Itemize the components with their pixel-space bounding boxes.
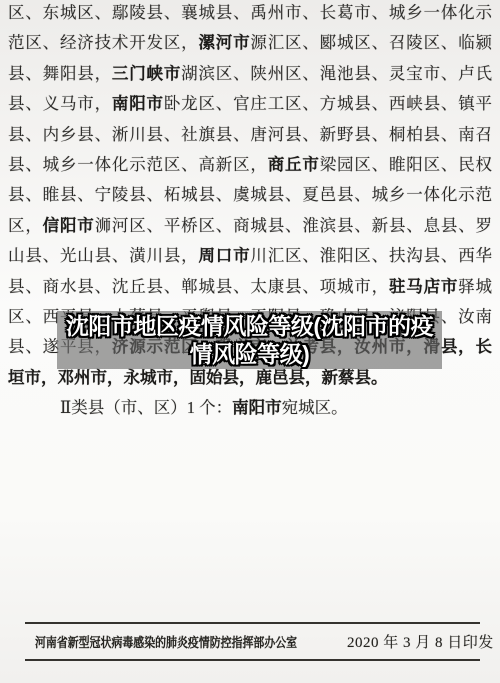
watermark-title-line2: 情风险等级) <box>57 340 442 368</box>
text-line: 县、城乡一体化示范区、高新区，商丘市梁园区、睢阳区、民权 <box>8 150 492 180</box>
text-line-class2: Ⅱ类县（市、区）1 个：南阳市宛城区。 <box>8 393 492 423</box>
line-segment: Ⅱ类县（市、区）1 个： <box>60 398 232 417</box>
line-segment-bold: 垣市，邓州市，永城市，固始县，鹿邑县，新蔡县。 <box>8 368 388 387</box>
line-segment: 宛城区。 <box>282 398 348 417</box>
line-segment-bold: 驻马店市 <box>389 277 458 296</box>
document-footer: 河南省新型冠状病毒感染的肺炎疫情防控指挥部办公室 2020 年 3 月 8 日印… <box>25 622 480 661</box>
text-line: 范区、经济技术开发区，漯河市源汇区、郾城区、召陵区、临颍 <box>8 28 492 58</box>
line-segment: 范区、经济技术开发区， <box>8 33 198 52</box>
line-segment-bold: 漯河市 <box>198 33 250 52</box>
text-line: 县、内乡县、淅川县、社旗县、唐河县、新野县、桐柏县、南召 <box>8 120 492 150</box>
line-segment-bold: 南阳市 <box>232 398 282 417</box>
text-line: 县、商水县、沈丘县、郸城县、太康县、项城市，驻马店市驿城 <box>8 272 492 302</box>
watermark-banner: 沈阳市地区疫情风险等级(沈阳市的疫 情风险等级) <box>57 311 442 369</box>
text-line: 县、义马市，南阳市卧龙区、官庄工区、方城县、西峡县、镇平 <box>8 89 492 119</box>
line-segment: 卧龙区、官庄工区、方城县、西峡县、镇平 <box>164 94 492 113</box>
text-line: 县、舞阳县，三门峡市湖滨区、陕州区、渑池县、灵宝市、卢氏 <box>8 59 492 89</box>
line-segment: 县、睢县、宁陵县、柘城县、虞城县、夏邑县、城乡一体化示范 <box>8 185 492 204</box>
line-segment: 山县、光山县、潢川县， <box>8 246 198 265</box>
line-segment-bold: 商丘市 <box>268 155 320 174</box>
watermark-title-line1: 沈阳市地区疫情风险等级(沈阳市的疫 <box>57 312 442 340</box>
line-segment: 川汇区、淮阳区、扶沟县、西华 <box>250 246 492 265</box>
line-segment: 县、义马市， <box>8 94 112 113</box>
line-segment: 县、城乡一体化示范区、高新区， <box>8 155 268 174</box>
line-segment: 梁园区、睢阳区、民权 <box>320 155 492 174</box>
text-line: 县、睢县、宁陵县、柘城县、虞城县、夏邑县、城乡一体化示范 <box>8 180 492 210</box>
line-segment: 县、内乡县、淅川县、社旗县、唐河县、新野县、桐柏县、南召 <box>8 125 492 144</box>
line-segment: 县、商水县、沈丘县、郸城县、太康县、项城市， <box>8 277 389 296</box>
text-line: 区、东城区、鄢陵县、襄城县、禹州市、长葛市、城乡一体化示 <box>8 0 492 28</box>
footer-date: 2020 年 3 月 8 日印发 <box>347 631 494 652</box>
line-segment: 湖滨区、陕州区、渑池县、灵宝市、卢氏 <box>181 64 492 83</box>
line-segment-bold: 三门峡市 <box>112 64 181 83</box>
line-segment: 源汇区、郾城区、召陵区、临颍 <box>250 33 492 52</box>
line-segment: 驿城 <box>458 277 492 296</box>
text-line: 山县、光山县、潢川县，周口市川汇区、淮阳区、扶沟县、西华 <box>8 241 492 271</box>
line-segment: 浉河区、平桥区、商城县、淮滨县、新县、息县、罗 <box>95 216 492 235</box>
line-segment: 县、舞阳县， <box>8 64 112 83</box>
text-line: 区，信阳市浉河区、平桥区、商城县、淮滨县、新县、息县、罗 <box>8 211 492 241</box>
line-segment-bold: 周口市 <box>198 246 250 265</box>
line-segment: 区， <box>8 216 43 235</box>
line-segment-bold: 信阳市 <box>43 216 95 235</box>
footer-issuer: 河南省新型冠状病毒感染的肺炎疫情防控指挥部办公室 <box>35 632 297 651</box>
line-segment: 区、东城区、鄢陵县、襄城县、禹州市、长葛市、城乡一体化示 <box>8 3 492 22</box>
line-segment-bold: 南阳市 <box>112 94 164 113</box>
scanned-document-page: 区、东城区、鄢陵县、襄城县、禹州市、长葛市、城乡一体化示 范区、经济技术开发区，… <box>0 0 500 683</box>
